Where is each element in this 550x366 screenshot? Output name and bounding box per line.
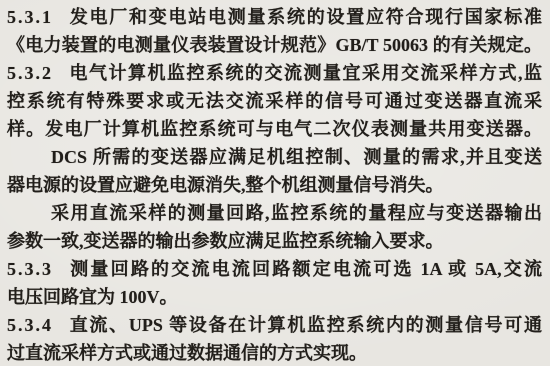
line-text: 过直流采样方式或通过数据通信的方式实现。 <box>7 343 367 363</box>
line-text: 《电力装置的电测量仪表装置设计规范》GB/T 50063 的有关规定。 <box>7 35 542 55</box>
line-text: 样。发电厂计算机监控系统可与电气二次仪表测量共用变送器。 <box>7 119 542 139</box>
line-text: 控系统有特殊要求或无法交流采样的信号可通过变送器直流采 <box>7 91 542 111</box>
text-line: 5.3.1发电厂和变电站电测量系统的设置应符合现行国家标准 <box>7 3 542 31</box>
text-line: 采用直流采样的测量回路,监控系统的量程应与变送器输出 <box>51 199 542 227</box>
clause-number: 5.3.3 <box>7 259 53 279</box>
text-line: 参数一致,变送器的输出参数应满足监控系统输入要求。 <box>7 227 542 255</box>
text-line: 5.3.2电气计算机监控系统的交流测量宜采用交流采样方式,监 <box>7 59 542 87</box>
line-text: 采用直流采样的测量回路,监控系统的量程应与变送器输出 <box>51 203 542 223</box>
line-text: 器电源的设置应避免电源消失,整个机组测量信号消失。 <box>7 175 444 195</box>
text-line: 控系统有特殊要求或无法交流采样的信号可通过变送器直流采 <box>7 87 542 115</box>
text-line: 过直流采样方式或通过数据通信的方式实现。 <box>7 339 542 366</box>
text-line: 5.3.3测量回路的交流电流回路额定电流可选 1A 或 5A,交流 <box>7 255 542 283</box>
text-line: 《电力装置的电测量仪表装置设计规范》GB/T 50063 的有关规定。 <box>7 31 542 59</box>
text-lines-container: 5.3.1发电厂和变电站电测量系统的设置应符合现行国家标准《电力装置的电测量仪表… <box>7 3 542 366</box>
text-line: 5.3.4直流、UPS 等设备在计算机监控系统内的测量信号可通 <box>7 311 542 339</box>
text-line: DCS 所需的变送器应满足机组控制、测量的需求,并且变送 <box>51 143 542 171</box>
line-text: 电压回路宜为 100V。 <box>7 287 178 307</box>
line-text: 参数一致,变送器的输出参数应满足监控系统输入要求。 <box>7 231 444 251</box>
document-page: 5.3.1发电厂和变电站电测量系统的设置应符合现行国家标准《电力装置的电测量仪表… <box>0 0 550 366</box>
clause-number: 5.3.2 <box>7 63 53 83</box>
line-text: 直流、UPS 等设备在计算机监控系统内的测量信号可通 <box>68 315 542 335</box>
clause-number: 5.3.4 <box>7 315 53 335</box>
text-line: 电压回路宜为 100V。 <box>7 283 542 311</box>
line-text: 电气计算机监控系统的交流测量宜采用交流采样方式,监 <box>68 63 542 83</box>
text-line: 器电源的设置应避免电源消失,整个机组测量信号消失。 <box>7 171 542 199</box>
text-line: 样。发电厂计算机监控系统可与电气二次仪表测量共用变送器。 <box>7 115 542 143</box>
line-text: DCS 所需的变送器应满足机组控制、测量的需求,并且变送 <box>51 147 542 167</box>
clause-number: 5.3.1 <box>7 7 53 27</box>
line-text: 发电厂和变电站电测量系统的设置应符合现行国家标准 <box>68 7 542 27</box>
line-text: 测量回路的交流电流回路额定电流可选 1A 或 5A,交流 <box>68 259 542 279</box>
